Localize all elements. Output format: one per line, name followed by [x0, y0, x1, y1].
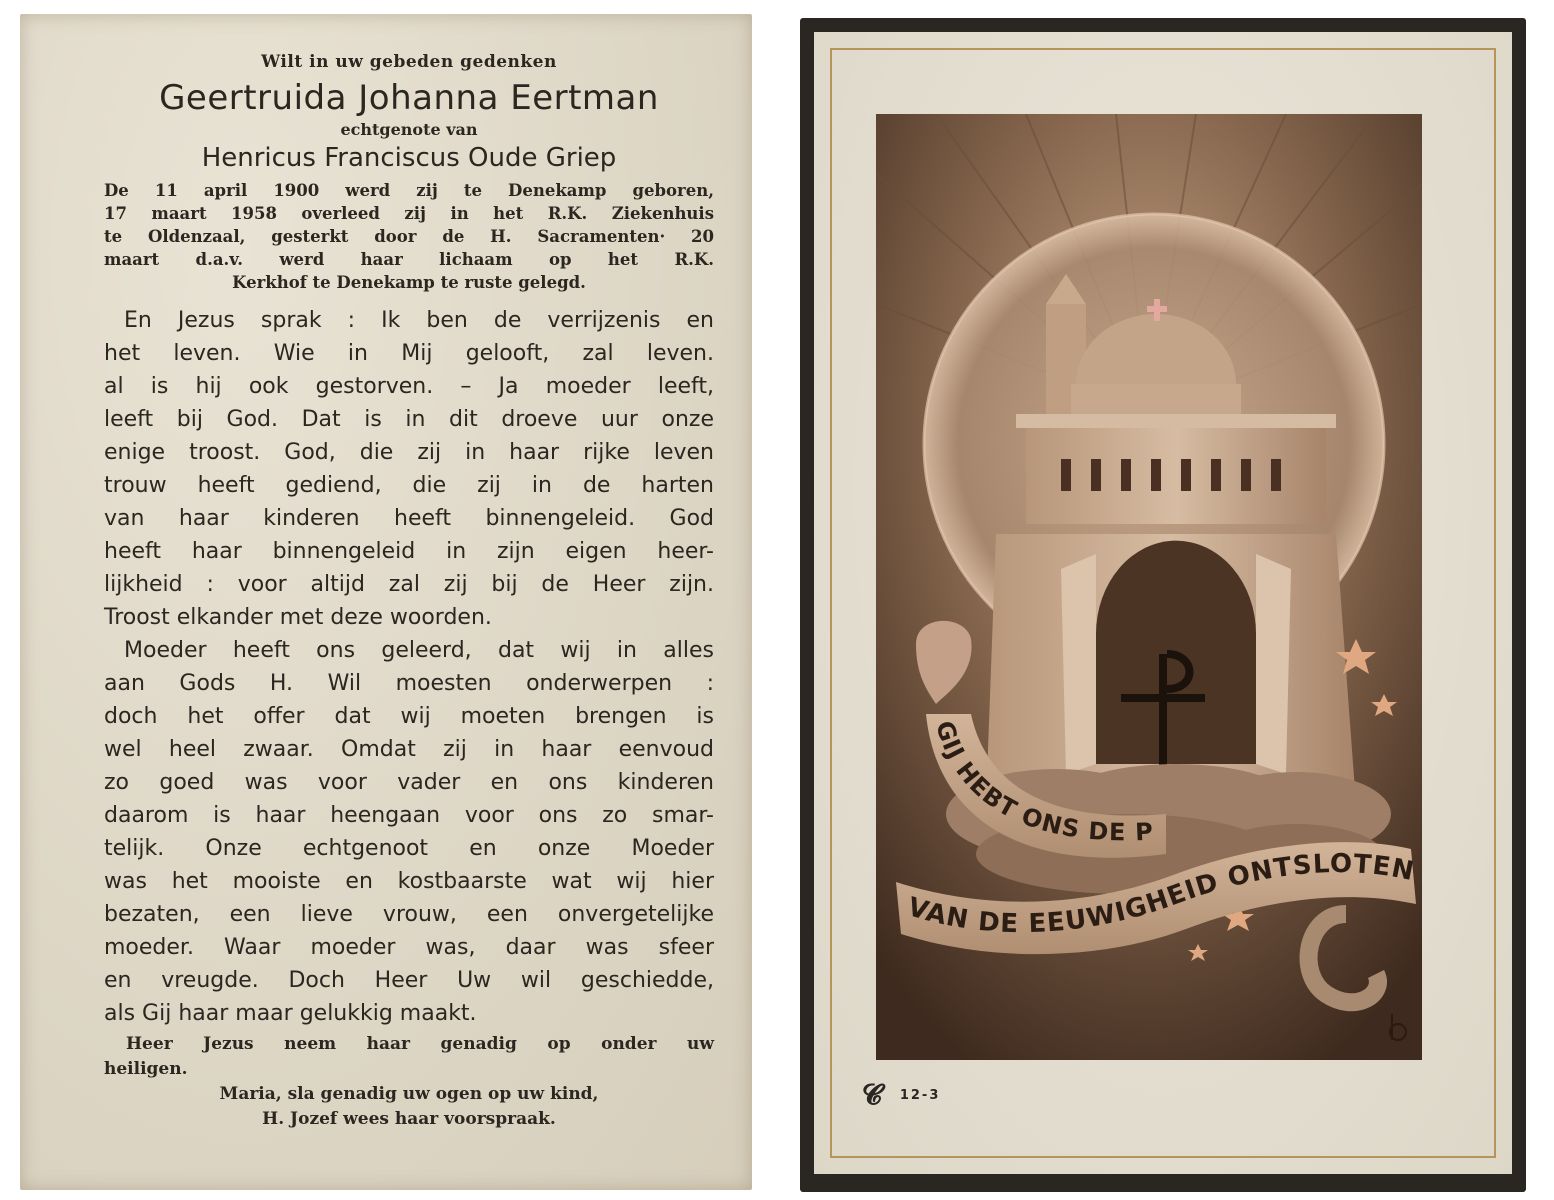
verse-line: daarom is haar heengaan voor ons zo smar…	[104, 799, 714, 832]
facts-line: maart d.a.v. werd haar lichaam op het R.…	[104, 248, 714, 271]
verse-line: telijk. Onze echtgenoot en onze Moeder	[104, 832, 714, 865]
print-code: 12-3	[900, 1088, 941, 1103]
facts-line: Kerkhof te Denekamp te ruste gelegd.	[104, 271, 714, 294]
prayer-line: Heer Jezus neem haar genadig op onder uw	[104, 1032, 714, 1057]
verse-line: en vreugde. Doch Heer Uw wil geschiedde,	[104, 964, 714, 997]
verse-line: trouw heeft gediend, die zij in de harte…	[104, 469, 714, 502]
memorial-text-block: Wilt in uw gebeden gedenken Geertruida J…	[104, 44, 714, 1132]
verse-line: van haar kinderen heeft binnengeleid. Go…	[104, 502, 714, 535]
verse-line: enige troost. God, die zij in haar rijke…	[104, 436, 714, 469]
intro-line: Wilt in uw gebeden gedenken	[104, 52, 714, 72]
verse-line: het leven. Wie in Mij gelooft, zal leven…	[104, 337, 714, 370]
verse-line: zo goed was voor vader en ons kinderen	[104, 766, 714, 799]
closing-prayers: Heer Jezus neem haar genadig op onder uw…	[104, 1032, 714, 1132]
church-illustration-svg: VAN DE EEUWIGHEID ONTSLOTEN GIJ HEBT ONS…	[876, 114, 1422, 1060]
facts-line: 17 maart 1958 overleed zij in het R.K. Z…	[104, 202, 714, 225]
verse-line: als Gij haar maar gelukkig maakt.	[104, 997, 714, 1030]
verse-line: al is hij ook gestorven. – Ja moeder lee…	[104, 370, 714, 403]
prayer-line: H. Jozef wees haar voorspraak.	[104, 1107, 714, 1132]
facts-line: te Oldenzaal, gesterkt door de H. Sacram…	[104, 225, 714, 248]
memorial-card-text-side: Wilt in uw gebeden gedenken Geertruida J…	[20, 14, 752, 1190]
prayer-line: Maria, sla genadig uw ogen op uw kind,	[104, 1082, 714, 1107]
spouse-name: Henricus Franciscus Oude Griep	[104, 143, 714, 173]
memorial-card-image-side: VAN DE EEUWIGHEID ONTSLOTEN GIJ HEBT ONS…	[800, 18, 1526, 1192]
verse-line: heeft haar binnengeleid in zijn eigen he…	[104, 535, 714, 568]
verse-line: was het mooiste en kostbaarste wat wij h…	[104, 865, 714, 898]
publisher-logo-icon: 𝓒	[862, 1078, 882, 1112]
biographical-facts: De 11 april 1900 werd zij te Denekamp ge…	[104, 179, 714, 294]
verse-line: aan Gods H. Wil moesten onderwerpen :	[104, 667, 714, 700]
publisher-mark: 𝓒 12-3	[862, 1078, 940, 1112]
verse-line: En Jezus sprak : Ik ben de verrijzenis e…	[104, 304, 714, 337]
verse-line: Troost elkander met deze woorden.	[104, 601, 714, 634]
verse-line: lijkheid : voor altijd zal zij bij de He…	[104, 568, 714, 601]
card-paper: VAN DE EEUWIGHEID ONTSLOTEN GIJ HEBT ONS…	[814, 32, 1512, 1174]
facts-line: De 11 april 1900 werd zij te Denekamp ge…	[104, 179, 714, 202]
verse-line: wel heel zwaar. Omdat zij in haar eenvou…	[104, 733, 714, 766]
verse-paragraph-2: Moeder heeft ons geleerd, dat wij in all…	[104, 634, 714, 1030]
verse-paragraph-1: En Jezus sprak : Ik ben de verrijzenis e…	[104, 304, 714, 634]
prayer-line: heiligen.	[104, 1057, 714, 1082]
spouse-label: echtgenote van	[104, 120, 714, 139]
verse-line: leeft bij God. Dat is in dit droeve uur …	[104, 403, 714, 436]
verse-line: moeder. Waar moeder was, daar was sfeer	[104, 931, 714, 964]
verse-line: doch het offer dat wij moeten brengen is	[104, 700, 714, 733]
church-illustration: VAN DE EEUWIGHEID ONTSLOTEN GIJ HEBT ONS…	[876, 114, 1422, 1060]
deceased-name: Geertruida Johanna Eertman	[104, 78, 714, 118]
verse-line: bezaten, een lieve vrouw, een onvergetel…	[104, 898, 714, 931]
verse-line: Moeder heeft ons geleerd, dat wij in all…	[104, 634, 714, 667]
